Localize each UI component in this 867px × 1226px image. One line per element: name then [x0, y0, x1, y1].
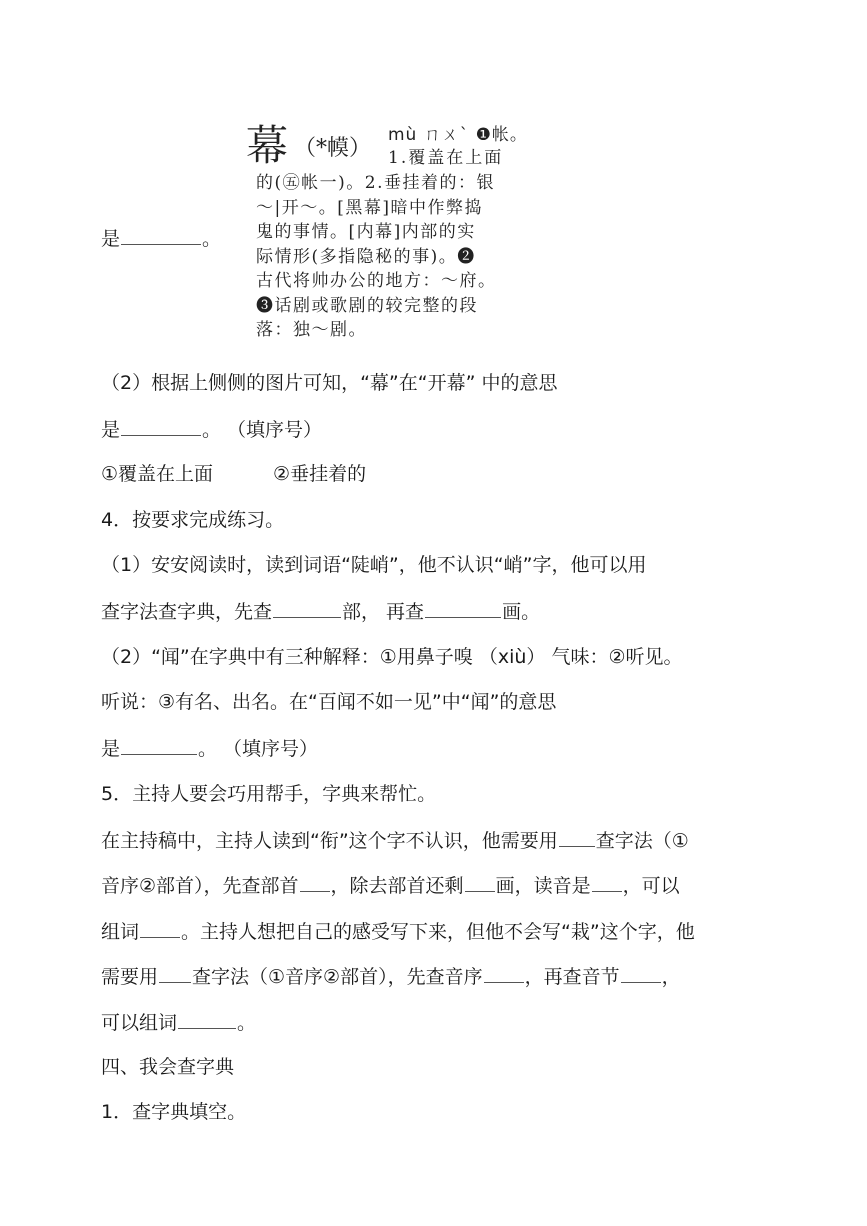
- strokes-blank[interactable]: [425, 599, 501, 618]
- method-blank[interactable]: [559, 828, 595, 847]
- answer-blank[interactable]: [121, 226, 201, 245]
- label: 。 （填序号）: [198, 738, 318, 760]
- headword-variant: （*幙）: [294, 134, 371, 164]
- syllable-blank[interactable]: [621, 964, 661, 983]
- radical-blank[interactable]: [300, 873, 330, 892]
- answer-blank[interactable]: [121, 736, 197, 755]
- answer-blank[interactable]: [121, 417, 201, 436]
- label: 可以组词: [101, 1012, 177, 1034]
- definition-first-line: 1.覆盖在上面: [388, 146, 503, 170]
- q4-part2-answer-line: 是。 （填序号）: [101, 736, 318, 761]
- q4-part2-line1: （2）“闻”在字典中有三种解释：①用鼻子嗅 （xiù） 气味：②听见。: [101, 645, 683, 669]
- q5-line5: 可以组词。: [101, 1010, 256, 1035]
- label: 部， 再查: [342, 601, 424, 623]
- section4-q1: 1．查字典填空。: [101, 1100, 246, 1124]
- initial-blank[interactable]: [484, 964, 524, 983]
- definition-line: ❸话剧或歌剧的较完整的段: [256, 294, 541, 319]
- definition-line: ～|开～。[黑幕]暗中作弊捣: [256, 196, 541, 221]
- label: 音序②部首），先查部首: [101, 875, 299, 897]
- word-blank[interactable]: [140, 919, 180, 938]
- q4-part1-line1: （1）安安阅读时，读到词语“陡峭”，他不认识“峭”字，他可以用: [101, 553, 646, 577]
- radical-blank[interactable]: [273, 599, 341, 618]
- word-blank[interactable]: [178, 1010, 236, 1029]
- label: 组词: [101, 921, 139, 943]
- q3-part2-options: ①覆盖在上面②垂挂着的: [101, 462, 366, 486]
- label: ，再查音节: [525, 966, 620, 988]
- label: 画。: [502, 601, 540, 623]
- label: 需要用: [101, 966, 158, 988]
- pinyin: mù ㄇㄨˋ ❶帐。: [388, 124, 528, 146]
- definition-body: 的(㊄帐一)。2.垂挂着的：银 ～|开～。[黑幕]暗中作弊捣 鬼的事情。[内幕]…: [256, 171, 541, 343]
- definition-line: 鬼的事情。[内幕]内部的实: [256, 220, 541, 245]
- label: 查字法查字典，先查: [101, 601, 272, 623]
- q5-line4: 需要用查字法（①音序②部首），先查音序，再查音节，: [101, 964, 681, 989]
- definition-line: 的(㊄帐一)。2.垂挂着的：银: [256, 171, 541, 196]
- label: 是: [101, 738, 120, 760]
- option-1: ①覆盖在上面: [101, 463, 213, 485]
- label: 查字法（①: [596, 830, 689, 852]
- definition-line: 落：独～剧。: [256, 318, 541, 343]
- pronunciation-blank[interactable]: [592, 873, 622, 892]
- q5-line2: 音序②部首），先查部首，除去部首还剩画，读音是，可以: [101, 873, 680, 898]
- label: 。主持人想把自己的感受写下来，但他不会写“栽”这个字，他: [181, 921, 695, 943]
- method-blank[interactable]: [159, 964, 191, 983]
- q4-title: 4．按要求完成练习。: [101, 508, 284, 532]
- label: 。: [237, 1012, 256, 1034]
- label: 。 （填序号）: [202, 419, 322, 441]
- q5-title: 5．主持人要会巧用帮手，字典来帮忙。: [101, 782, 436, 806]
- definition-line: 际情形(多指隐秘的事)。❷: [256, 245, 541, 270]
- label: 是: [101, 228, 120, 250]
- q3-part1-answer-line: 是。: [101, 226, 221, 251]
- strokes-blank[interactable]: [465, 873, 495, 892]
- label: 是: [101, 419, 120, 441]
- label: 。: [202, 228, 221, 250]
- label: 在主持稿中，主持人读到“衔”这个字不认识，他需要用: [101, 830, 558, 852]
- definition-line: 古代将帅办公的地方：～府。: [256, 269, 541, 294]
- dictionary-entry-header: 幕 （*幙） mù ㄇㄨˋ ❶帐。 1.覆盖在上面: [246, 122, 536, 170]
- q4-part1-line2: 查字法查字典，先查部， 再查画。: [101, 599, 540, 624]
- q3-part2-question: （2）根据上侧侧的图片可知，“幕”在“开幕” 中的意思: [101, 371, 558, 395]
- label: ，可以: [623, 875, 680, 897]
- option-2: ②垂挂着的: [273, 463, 366, 485]
- label: ，: [662, 966, 681, 988]
- label: ，除去部首还剩: [331, 875, 464, 897]
- label: 查字法（①音序②部首），先查音序: [192, 966, 483, 988]
- q3-part2-answer-line: 是。 （填序号）: [101, 417, 322, 442]
- dictionary-entry-image: 幕 （*幙） mù ㄇㄨˋ ❶帐。 1.覆盖在上面 的(㊄帐一)。2.垂挂着的：…: [246, 122, 536, 170]
- q5-line3: 组词。主持人想把自己的感受写下来，但他不会写“栽”这个字，他: [101, 919, 695, 944]
- q5-line1: 在主持稿中，主持人读到“衔”这个字不认识，他需要用查字法（①: [101, 828, 689, 853]
- label: 画，读音是: [496, 875, 591, 897]
- section4-title: 四、我会查字典: [101, 1055, 234, 1079]
- q4-part2-line2: 听说：③有名、出名。在“百闻不如一见”中“闻”的意思: [101, 690, 556, 714]
- headword: 幕: [246, 122, 288, 170]
